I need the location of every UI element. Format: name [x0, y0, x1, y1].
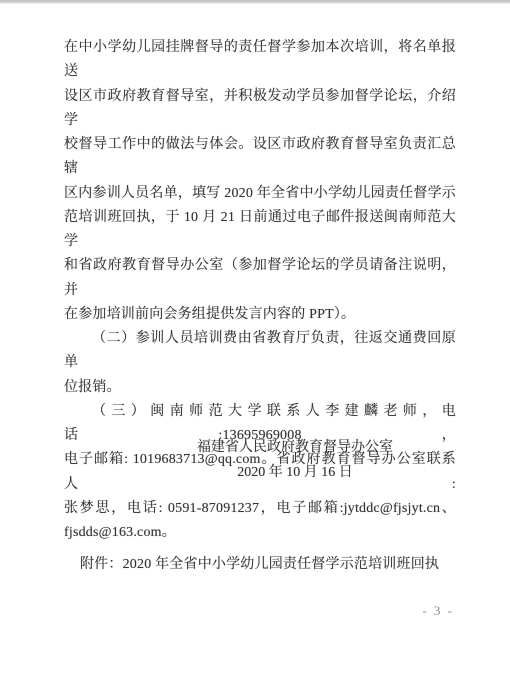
- body-line: 和省政府教育督导办公室（参加督学论坛的学员请备注说明，并: [64, 254, 456, 303]
- body-line: 设区市政府教育督导室，并积极发动学员参加督学论坛，介绍学: [64, 85, 456, 134]
- body-line: 校督导工作中的做法与体会。设区市政府教育督导室负责汇总辖: [64, 133, 456, 182]
- body-line: 位报销。: [64, 376, 456, 400]
- body-line: 区内参训人员名单，填写 2020 年全省中小学幼儿园责任督学示: [64, 182, 456, 206]
- body-line: 在中小学幼儿园挂牌督导的责任督学参加本次培训，将名单报送: [64, 36, 456, 85]
- attachment-line: 附件：2020 年全省中小学幼儿园责任督学示范培训班回执: [64, 553, 456, 577]
- document-body: 在中小学幼儿园挂牌督导的责任督学参加本次培训，将名单报送 设区市政府教育督导室，…: [64, 36, 456, 578]
- document-page: 在中小学幼儿园挂牌督导的责任督学参加本次培训，将名单报送 设区市政府教育督导室，…: [0, 0, 510, 677]
- page-number: - 3 -: [422, 603, 454, 619]
- signature-org: 福建省人民政府教育督导办公室: [180, 436, 410, 461]
- signature-block: 福建省人民政府教育督导办公室 2020 年 10 月 16 日: [180, 436, 410, 485]
- body-line: 张梦思，电话: 0591-87091237，电子邮箱:jytddc@fjsjyt…: [64, 497, 456, 521]
- body-line: 在参加培训前向会务组提供发言内容的 PPT）。: [64, 303, 456, 327]
- signature-date: 2020 年 10 月 16 日: [180, 461, 410, 486]
- body-line-item-2: （二）参训人员培训费由省教育厅负责，往返交通费回原单: [64, 327, 456, 376]
- body-line: fjsdds@163.com。: [64, 521, 456, 545]
- scan-edge: [0, 0, 510, 5]
- body-line: 范培训班回执，于 10 月 21 日前通过电子邮件报送闽南师范大学: [64, 206, 456, 255]
